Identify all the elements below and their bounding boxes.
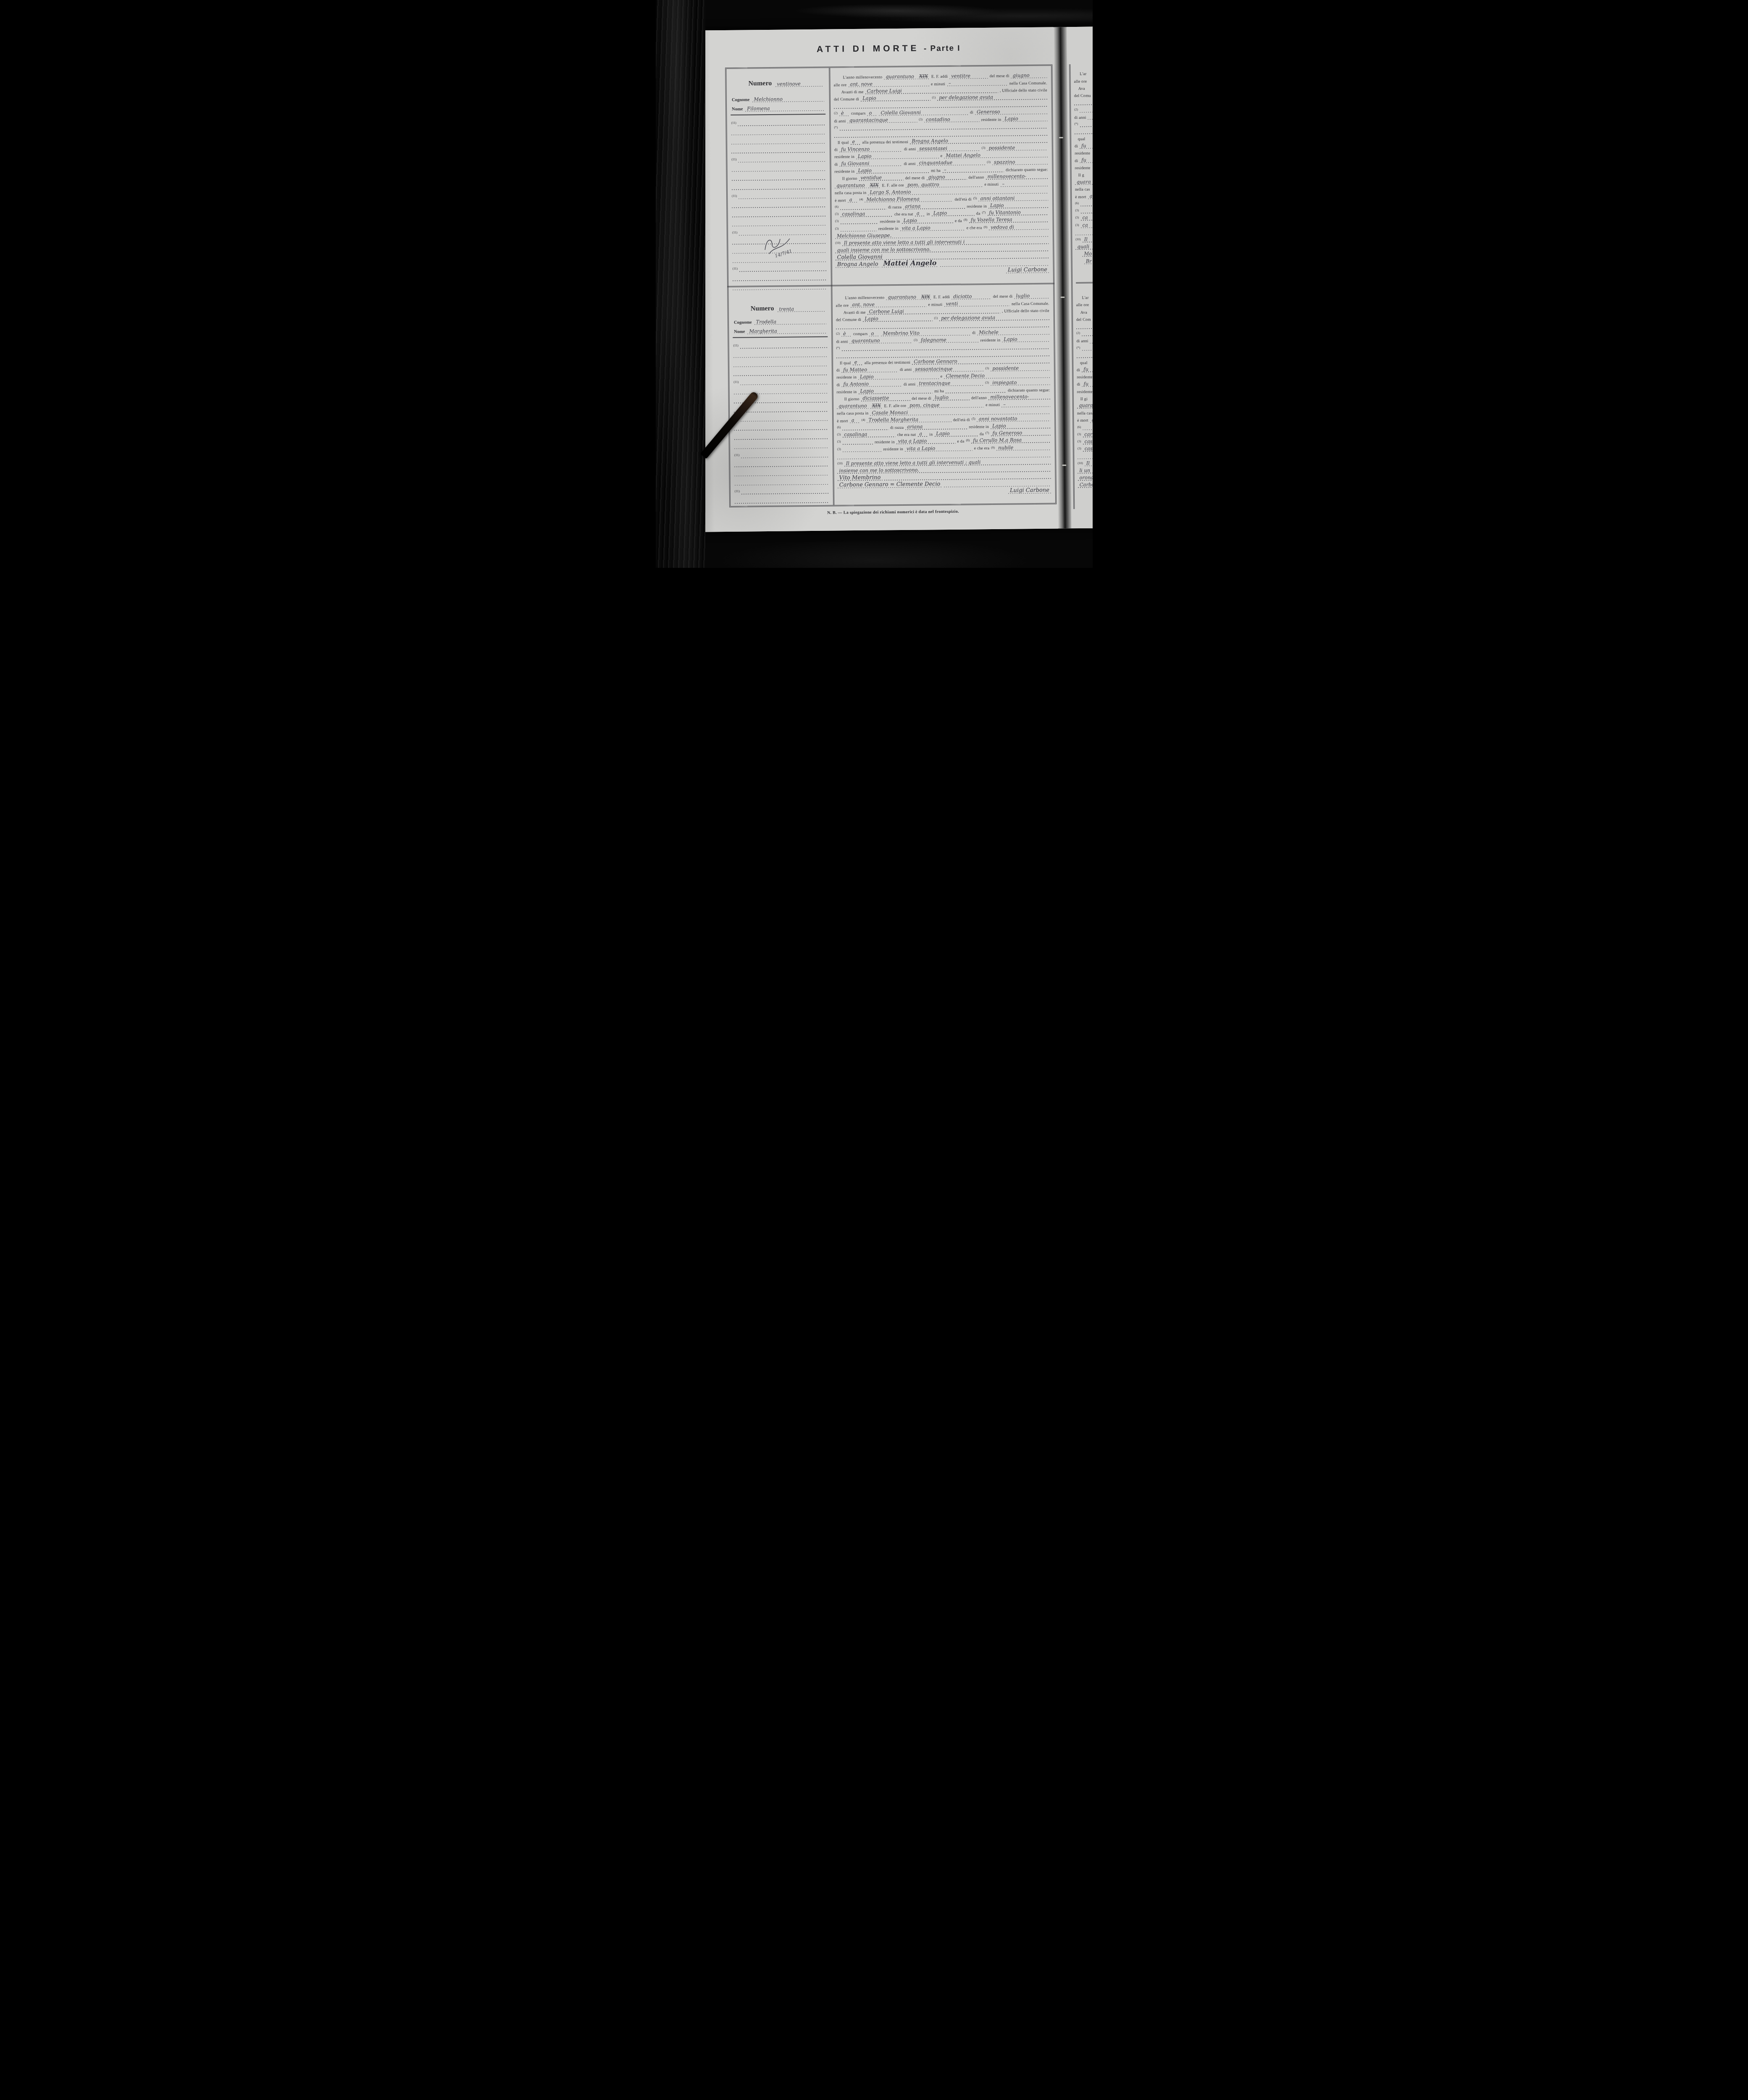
handwritten-text: vedova di	[989, 224, 1049, 230]
handwritten-text: quali	[1075, 244, 1093, 250]
form-line	[1076, 351, 1092, 358]
handwritten-text: ventidue	[859, 175, 903, 181]
handwritten-text: fu	[1082, 381, 1093, 387]
form-line	[1075, 228, 1092, 236]
printed-text: nella casa posta in	[837, 412, 868, 416]
printed-text: residente in	[836, 390, 857, 394]
printed-text: Il qual	[839, 361, 851, 365]
ref-mark: (2)	[834, 111, 838, 115]
handwritten-text: e	[850, 139, 860, 145]
handwritten-text: Lapio	[856, 153, 938, 159]
printed-text: Ava	[1080, 310, 1087, 315]
printed-text: di anni	[1076, 339, 1088, 344]
ref-mark: (3)	[1075, 216, 1079, 219]
handwritten-text: fu Cerullo M.a Rosa	[971, 438, 1051, 444]
numero-value: ventinove	[775, 81, 823, 87]
form-line	[1076, 286, 1093, 293]
ref-mark: (3)	[835, 213, 839, 216]
form-line	[1074, 127, 1092, 134]
ref-mark: (3)	[1077, 440, 1081, 443]
handwritten-text: a	[847, 197, 857, 203]
printed-text: Il giorno	[844, 397, 859, 402]
annotation-line-group: (11)	[733, 339, 828, 376]
handwritten-text: o	[869, 331, 879, 336]
ref-mark: (3)	[914, 338, 917, 341]
numero-value: trenta	[777, 306, 825, 312]
cognome-value: Trodella	[754, 319, 826, 325]
handwritten-text: anni novantotto	[977, 416, 1050, 422]
printed-text: Il g	[1078, 173, 1084, 178]
form-line: nella casa	[1077, 408, 1092, 416]
handwritten-text: è	[839, 111, 849, 116]
printed-text: residente in	[883, 447, 903, 451]
handwritten-text: Carbo	[1078, 483, 1092, 488]
printed-text: mi ha	[934, 389, 944, 394]
ref-mark: (10)	[1078, 462, 1083, 465]
dotted-line	[741, 448, 828, 458]
form-line: (11)	[734, 412, 828, 422]
numero-label: Numero	[750, 305, 774, 312]
handwritten-text: Colella Giovanni	[879, 110, 968, 116]
handwritten-text: fu Matteo	[841, 367, 898, 373]
handwritten-text: cas	[1083, 446, 1092, 452]
handwritten-text: XIX	[919, 294, 931, 300]
ref-mark: (11)	[732, 194, 737, 198]
handwritten-text: XIX	[917, 74, 929, 79]
handwritten-text: sessantacinque	[913, 366, 983, 372]
nome-row: Nome Margherita	[729, 324, 831, 334]
dotted-line	[945, 386, 1006, 394]
printed-text: mi ha	[931, 169, 940, 173]
footnote: N. B. — La spiegazione dei richiami nume…	[729, 508, 1057, 516]
printed-text: e	[940, 375, 942, 379]
printed-text: di	[970, 111, 973, 115]
ref-mark: (5)	[973, 197, 977, 200]
form-line: (3)ca	[1075, 213, 1092, 221]
ref-mark: (2)	[1076, 331, 1080, 335]
handwritten-text: vita a Lapio	[900, 225, 965, 231]
handwritten-text: o	[867, 110, 877, 116]
dotted-line	[1080, 199, 1092, 207]
handwritten-text: XIX	[870, 403, 882, 409]
dotted-line	[1075, 228, 1092, 236]
dotted-line	[731, 144, 825, 154]
form-line: difu	[1077, 380, 1093, 387]
ref-mark: (*)	[1076, 346, 1080, 349]
printed-text: residente in	[874, 440, 894, 444]
printed-text: residente in	[834, 155, 854, 159]
printed-text: residente in	[878, 227, 898, 231]
signature: Carbone Gennaro = Clemente Decio	[837, 481, 942, 488]
ref-mark: (*)	[834, 126, 838, 129]
handwritten-text: casalinga	[840, 211, 893, 217]
handwritten-text: pom. cinque	[907, 402, 984, 408]
handwritten-text: millenovecento-	[986, 174, 1048, 180]
form-line: è morta	[1075, 192, 1093, 199]
ref-mark: (3)	[837, 447, 841, 451]
handwritten-text: quarantuno	[836, 403, 868, 409]
form-line: quali	[1075, 242, 1093, 250]
stitch-thread	[1059, 137, 1063, 138]
printed-text: nella casa	[1077, 412, 1093, 416]
ref-mark: (11)	[731, 158, 736, 161]
ref-mark: (3)	[985, 367, 989, 370]
nome-label: Nome	[732, 107, 743, 112]
printed-text: del mese di	[912, 396, 931, 401]
printed-text: di	[972, 331, 975, 336]
handwritten-text: cinquantadue	[917, 160, 985, 166]
handwritten-text: possidente	[991, 365, 1050, 371]
printed-text: , Ufficiale dello stato civile	[999, 88, 1047, 93]
handwritten-text: vita a Lapio	[896, 438, 955, 444]
printed-text: Il giorno	[842, 177, 857, 181]
form-line: alle ore	[1074, 76, 1093, 84]
dotted-line	[1081, 329, 1092, 336]
dotted-line	[732, 207, 826, 218]
printed-text: E. F. alle ore	[882, 184, 904, 188]
adjacent-page-text: L'aralle oreAvadel Comu(2)di anni(*)qual…	[1069, 64, 1093, 509]
nome-label: Nome	[734, 330, 745, 334]
form-line: L'ar	[1076, 293, 1093, 300]
printed-text: di razza	[890, 426, 903, 430]
printed-text: Avanti di me	[841, 90, 863, 94]
register-book: ATTI DI MORTE - Parte I Numero ventinove…	[700, 27, 1093, 532]
printed-text: nella cas	[1075, 188, 1090, 192]
printed-text: L'ar	[1082, 296, 1088, 300]
handwritten-text: Il	[1082, 237, 1092, 242]
dotted-line	[734, 421, 828, 431]
printed-text: nella casa posta in	[834, 191, 866, 196]
ref-mark: (10)	[835, 241, 841, 244]
form-line: Br	[1075, 257, 1092, 264]
scan-dark-border-left	[656, 0, 705, 568]
annotation-line-group: (11)	[731, 116, 825, 154]
printed-text: residente in	[836, 375, 857, 380]
printed-text: è mort	[835, 199, 846, 203]
form-line: di anni	[1074, 113, 1093, 120]
printed-text: è mort	[837, 419, 848, 423]
form-line: (11)	[731, 116, 825, 126]
dotted-line	[731, 171, 825, 181]
form-line: residente	[1077, 372, 1093, 380]
dotted-line	[1080, 206, 1093, 214]
printed-text: di anni	[899, 368, 911, 372]
handwritten-text: diciotto	[952, 294, 991, 299]
dotted-line	[732, 271, 826, 281]
printed-text: residente in	[980, 338, 1000, 342]
ref-mark: (3)	[981, 146, 985, 150]
ref-mark: (11)	[734, 490, 739, 493]
printed-text: e minuti	[986, 403, 1000, 407]
printed-text: è mort	[1075, 195, 1086, 199]
ref-mark: (11)	[733, 344, 738, 347]
printed-text: dell'età di	[954, 197, 971, 202]
printed-text: , Ufficiale dello stato civile	[1001, 309, 1049, 313]
printed-text: di	[1077, 368, 1080, 373]
printed-text: che era nat	[897, 433, 916, 437]
handwritten-text: a	[849, 418, 860, 423]
printed-text: residente in	[834, 170, 854, 174]
printed-text: del Comu	[1074, 94, 1091, 98]
handwritten-text: Michele	[977, 329, 1049, 335]
dotted-line	[840, 217, 878, 224]
handwritten-text: e	[852, 360, 862, 365]
form-line: di anni	[1076, 336, 1093, 344]
annotation-lines-block: (11)(11)(11)(11)(11)	[729, 337, 833, 506]
dotted-line	[1083, 423, 1093, 430]
handwritten-text: giugno	[1011, 73, 1047, 78]
nome-value: Margherita	[747, 328, 826, 334]
handwritten-text: –	[1000, 181, 1048, 187]
dotted-line	[734, 494, 828, 504]
ref-mark: (*)	[836, 346, 840, 349]
ref-mark: (8)	[966, 439, 970, 442]
handwritten-text: fu Antonio	[841, 381, 902, 387]
handwritten-text: Melchionno Filomena	[865, 197, 953, 203]
handwritten-text: Br	[1084, 259, 1092, 264]
form-line: quara	[1075, 177, 1092, 185]
dotted-line	[734, 475, 828, 486]
ref-mark: (2)	[1074, 108, 1078, 111]
cognome-value: Melchionno	[752, 96, 824, 102]
form-line: (11)	[733, 375, 828, 385]
nome-row: Nome Filomena	[726, 102, 829, 112]
form-line: del Comu	[1074, 91, 1092, 98]
handwritten-text: fu	[1079, 143, 1092, 149]
form-line	[1075, 264, 1092, 272]
printed-text: residente in	[880, 220, 900, 224]
annotation-line-group: (11)	[731, 189, 826, 226]
ref-mark: (3)	[835, 220, 839, 223]
handwritten-text: a	[1088, 194, 1092, 199]
printed-text: L'ar	[1080, 72, 1086, 76]
form-line: residente	[1075, 149, 1093, 156]
printed-text: da	[980, 432, 984, 436]
form-line: nella cas	[1075, 184, 1092, 192]
printed-text: di	[834, 163, 838, 167]
handwritten-text: quarantuno	[886, 294, 918, 300]
printed-text: qual	[1078, 137, 1085, 142]
handwritten-text: ariana	[903, 204, 965, 210]
form-line: qual	[1076, 358, 1092, 365]
ref-mark: (11)	[732, 231, 737, 234]
record-1-margin: Numero ventinove Cognome Melchionno Nome…	[726, 68, 831, 291]
annotation-line-group: (11)	[734, 412, 828, 449]
handwritten-text: ca	[1080, 223, 1093, 228]
printed-text: residente	[1075, 152, 1090, 156]
form-line: Ava	[1076, 307, 1092, 315]
handwritten-text: orona	[1078, 475, 1092, 481]
handwritten-text: a	[915, 211, 925, 217]
scanned-register-photo: ATTI DI MORTE - Parte I Numero ventinove…	[656, 0, 1093, 568]
handwritten-text: quarantuno	[884, 74, 916, 79]
ref-mark: (6)	[1075, 202, 1079, 205]
ref-mark: (5)	[971, 417, 975, 420]
form-line: (11)	[732, 262, 826, 272]
printed-text: di	[1074, 144, 1078, 149]
printed-text: da	[976, 212, 980, 216]
handwritten-text: XIX	[868, 183, 880, 188]
numero-row: Numero ventinove	[726, 72, 829, 87]
form-line: difu	[1075, 156, 1093, 163]
dotted-line	[739, 262, 826, 272]
dotted-line	[842, 423, 888, 430]
form-line: (*)	[1074, 120, 1093, 127]
dotted-line	[940, 258, 1049, 267]
printed-text: e che era	[974, 446, 989, 451]
handwritten-text: fu	[1082, 367, 1093, 373]
handwritten-text: cas	[1083, 439, 1093, 445]
dotted-line	[738, 116, 825, 126]
ref-mark: (6)	[1077, 425, 1081, 429]
handwritten-text: Membrino Vito	[881, 330, 970, 336]
printed-text: e da	[955, 219, 962, 223]
ref-mark: (3)	[837, 440, 841, 444]
form-line	[1076, 322, 1092, 329]
handwritten-text: venti	[944, 301, 1010, 307]
annotation-line-group: (11)	[734, 485, 829, 506]
handwritten-text: ventitre	[949, 73, 988, 79]
dotted-line	[734, 457, 828, 467]
printed-text: e	[940, 154, 942, 158]
handwritten-text: Il	[1084, 461, 1092, 466]
printed-text: L'anno millenovecento	[843, 76, 882, 80]
form-line: (11)	[733, 339, 827, 349]
dotted-line	[733, 384, 828, 394]
dotted-line	[740, 339, 827, 349]
printed-text: dell'anno	[968, 176, 984, 180]
handwritten-text: anni ottantani	[978, 195, 1048, 201]
printed-text: compars	[851, 112, 865, 116]
dotted-line	[840, 202, 886, 210]
printed-text: di	[834, 148, 837, 152]
printed-text: di anni	[836, 340, 848, 344]
form-line: quara	[1077, 401, 1092, 409]
dotted-line	[735, 503, 829, 506]
handwritten-text: Mattei Angelo	[944, 152, 1048, 158]
ref-mark: (3)	[837, 433, 841, 436]
printed-text: del mese di	[993, 295, 1012, 299]
dotted-line	[1080, 120, 1093, 127]
handwritten-text: luglio	[1014, 293, 1049, 299]
printed-text: residente	[1077, 390, 1092, 394]
handwritten-text: quara	[1075, 179, 1092, 185]
dotted-line	[734, 430, 828, 440]
form-line: (*)	[1076, 344, 1093, 351]
title-part: - Parte I	[923, 44, 960, 53]
annotation-lines-block: (11)(11)(11)(11)(11)	[727, 115, 831, 291]
ref-mark: (11)	[732, 267, 737, 270]
dotted-line	[842, 444, 881, 452]
printed-text: L'anno millenovecento	[845, 296, 884, 301]
handwritten-text: sessantasei	[917, 146, 980, 152]
handwritten-text: Lapio	[934, 431, 978, 436]
annotation-line-group: (11)	[731, 152, 826, 190]
form-line: Il g	[1075, 170, 1092, 178]
form-line: (10)Il	[1078, 459, 1093, 467]
handwritten-text: ca	[1080, 215, 1093, 221]
printed-text: alle ore	[1074, 79, 1087, 84]
ref-mark: (3)	[835, 227, 839, 230]
record-2-margin: Numero trenta Cognome Trodella Nome Marg…	[728, 286, 833, 506]
dotted-line	[739, 189, 826, 199]
printed-text: dell'età di	[953, 418, 970, 422]
handwritten-text: casalinga	[842, 432, 895, 438]
printed-text: del Com	[1076, 318, 1091, 322]
form-line: (3)cas	[1077, 444, 1092, 452]
form-line: residente	[1075, 163, 1093, 171]
dotted-line	[731, 162, 825, 172]
printed-text: di	[1075, 159, 1078, 163]
printed-text: del mese di	[905, 176, 925, 180]
ref-mark: (3)	[1077, 433, 1081, 436]
printed-text: residente	[1075, 166, 1090, 170]
handwritten-text: spazzino	[992, 160, 1048, 165]
ref-mark: (6)	[837, 425, 841, 429]
form-line: Il gi	[1077, 394, 1092, 402]
ref-mark: (7)	[982, 211, 986, 214]
dotted-line	[1077, 451, 1092, 459]
form-line: è morta	[1077, 415, 1093, 423]
form-line: Mo	[1075, 249, 1093, 257]
handwritten-text: quarantuno	[834, 183, 866, 188]
dotted-line	[731, 180, 825, 190]
form-line	[1077, 451, 1092, 459]
handwritten-text: li un	[1078, 468, 1093, 473]
dotted-line	[732, 216, 826, 226]
ref-mark: (1)	[932, 96, 936, 99]
cognome-row: Cognome Trodella	[728, 315, 831, 325]
ref-mark: (7)	[985, 431, 989, 435]
printed-text: alle ore	[836, 304, 849, 308]
form-line	[1074, 98, 1092, 105]
printed-text: Il gi	[1080, 397, 1087, 402]
handwritten-text: Trodella Margherita	[867, 417, 951, 423]
printed-text: Il qual	[837, 141, 849, 145]
dotted-line	[842, 437, 873, 445]
form-line: (11)	[734, 485, 828, 495]
signature: Luigi Carbone	[1006, 267, 1049, 273]
dotted-line	[741, 485, 828, 495]
record-2-text: L'anno millenovecentoquarantunoXIXE. F. …	[836, 291, 1051, 496]
handwritten-text: è	[841, 331, 851, 337]
form-line: (2)	[1076, 329, 1093, 336]
handwritten-text: Lapio	[858, 388, 933, 394]
ref-mark: (*)	[1074, 122, 1078, 126]
form-line: del Com	[1076, 315, 1092, 322]
separator-rule	[1076, 282, 1093, 283]
ref-mark: (11)	[731, 121, 736, 125]
printed-text: di	[1077, 383, 1080, 387]
dotted-line	[1074, 98, 1092, 105]
form-frame: Numero ventinove Cognome Melchionno Nome…	[725, 65, 1057, 507]
printed-text: alla presenza dei testimoni	[864, 361, 910, 365]
handwritten-text: ariana	[905, 424, 967, 430]
ref-mark: (2)	[836, 332, 840, 335]
form-line: (11)	[734, 448, 828, 458]
dotted-line	[732, 198, 826, 208]
printed-text: in	[926, 212, 930, 216]
handwritten-text: fu Vozella Teresa	[969, 217, 1048, 223]
handwritten-text: Lapio	[902, 218, 953, 224]
handwritten-text: ant. nove	[848, 81, 929, 87]
printed-text: e minuti	[984, 183, 999, 187]
printed-text: di	[836, 369, 840, 373]
handwritten-text: a	[1090, 417, 1092, 423]
ref-mark: (6)	[835, 205, 839, 208]
printed-text: di anni	[1074, 115, 1086, 120]
ref-mark: (9)	[983, 226, 987, 229]
